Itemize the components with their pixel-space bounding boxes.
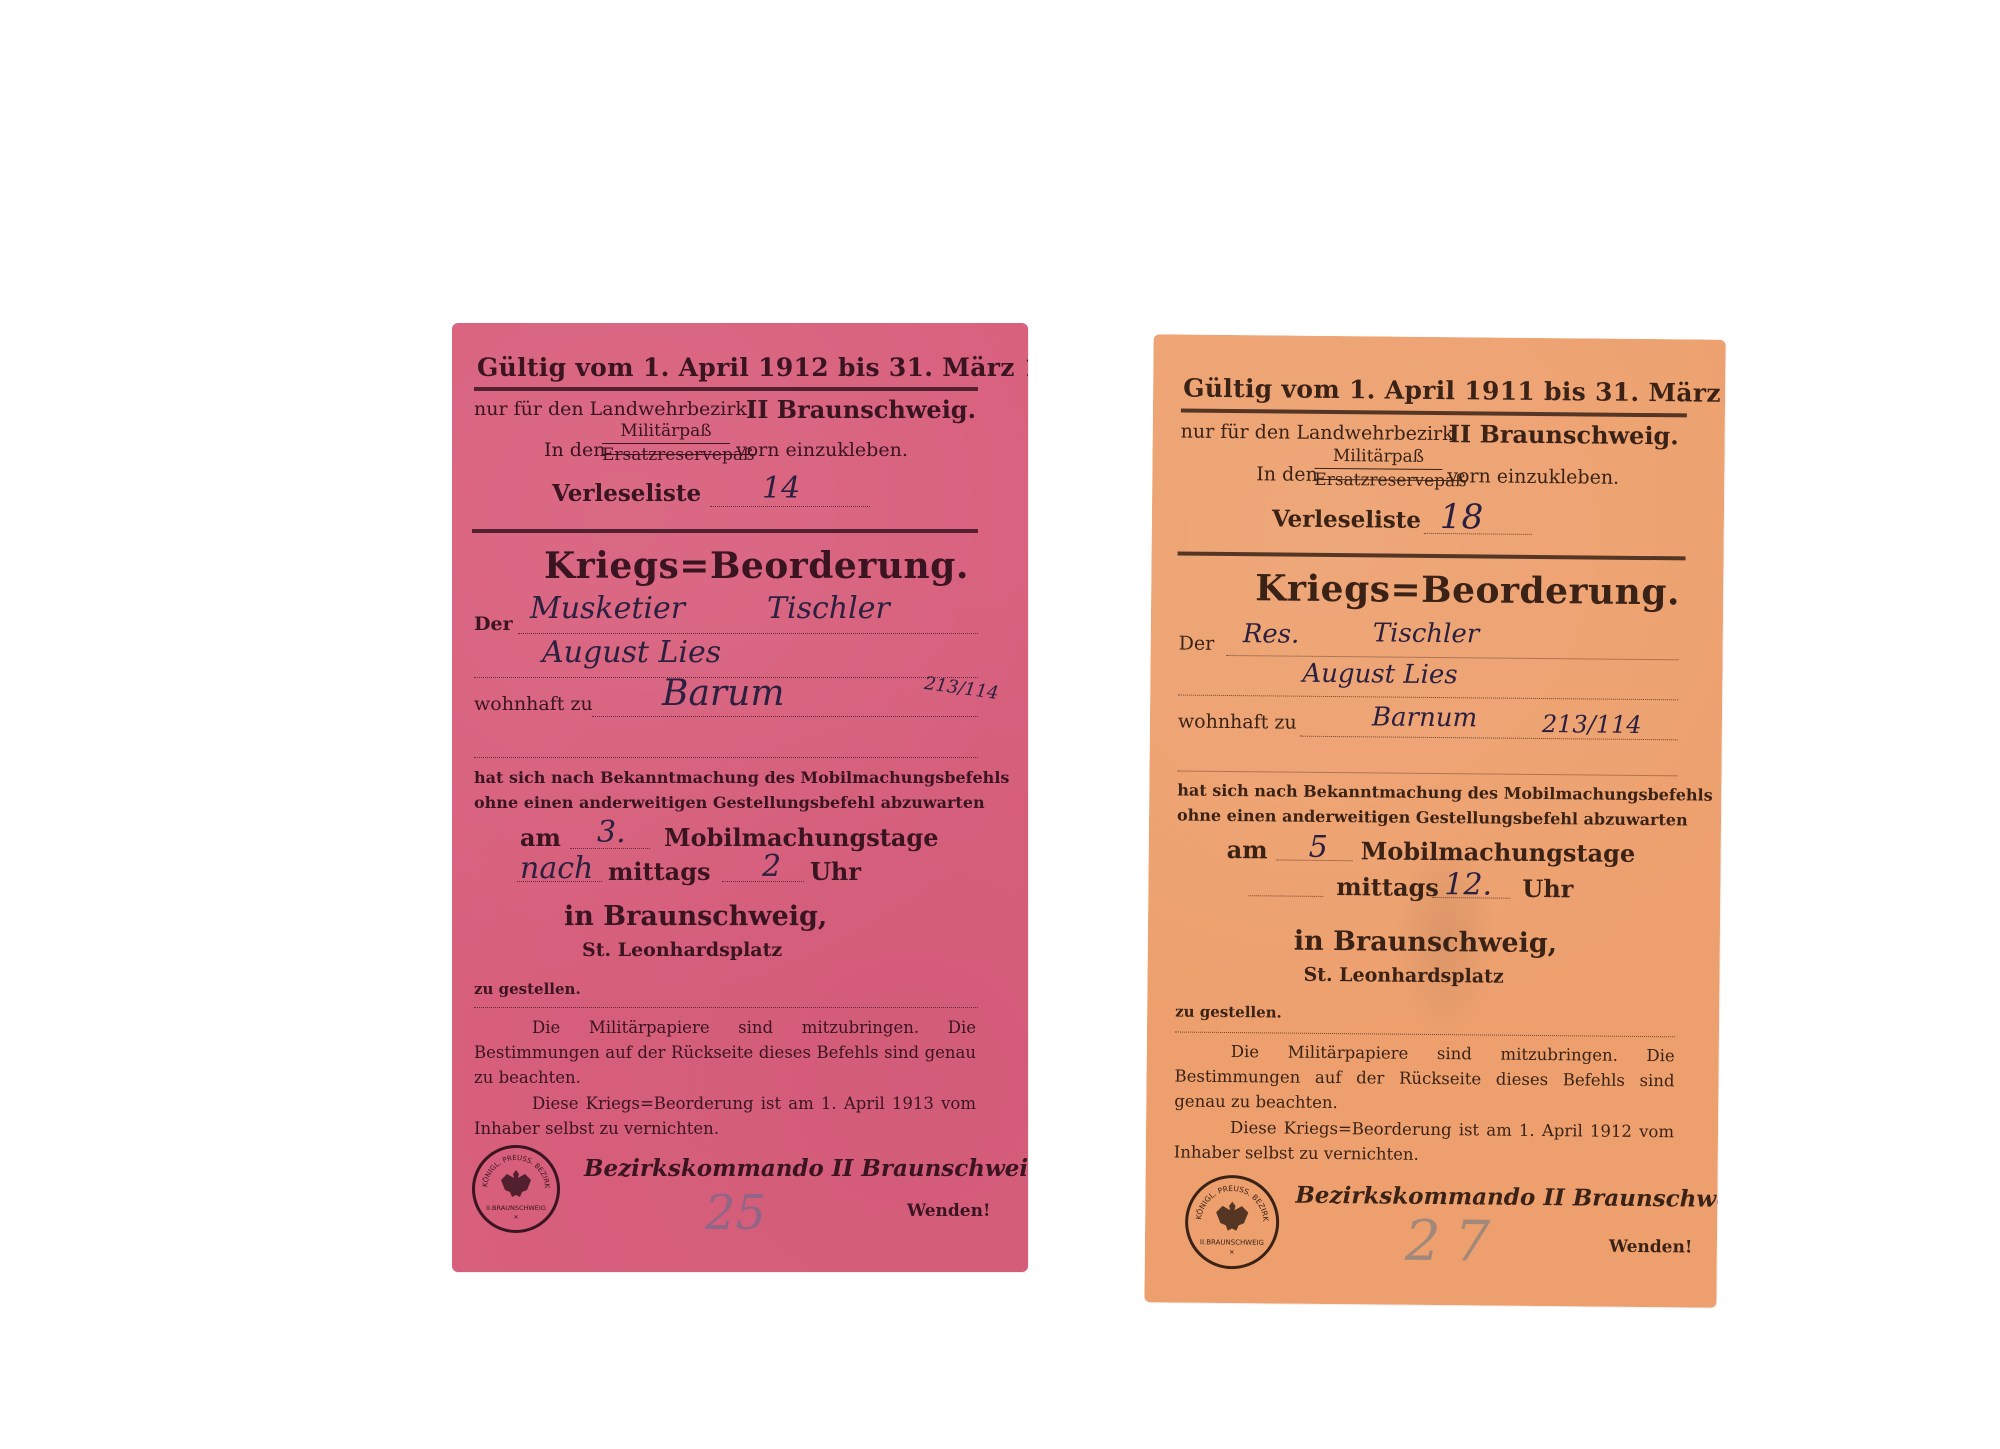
mobilization-day-handwritten: 3.: [597, 815, 626, 850]
pencil-number: 25: [705, 1185, 766, 1241]
svg-text:✕: ✕: [1229, 1248, 1234, 1256]
district-prefix: nur für den Landwehrbezirk: [1181, 421, 1454, 446]
hour-handwritten: 12.: [1444, 867, 1492, 902]
mobilization-day-handwritten: 5: [1309, 830, 1328, 865]
residence-number-handwritten: 213/114: [1542, 710, 1642, 739]
district-prefix: nur für den Landwehrbezirk: [474, 398, 747, 420]
validity-header: Gültig vom 1. April 1911 bis 31. März 19…: [1183, 374, 1726, 409]
residence-label: wohnhaft zu: [474, 693, 593, 715]
residence-handwritten: Barnum: [1372, 702, 1477, 733]
instruction-line-2: ohne einen anderweitigen Gestellungsbefe…: [474, 793, 985, 812]
blank-dotline: [474, 757, 978, 758]
pass-option-reserve-struck: Ersatzreservepaß: [602, 444, 730, 464]
prussian-eagle-seal-icon: KÖNIGL. PREUSS. BEZIRKS-KOMMANDO II.BRAU…: [1188, 1178, 1277, 1267]
rank-handwritten: Musketier: [530, 591, 685, 626]
validity-header: Gültig vom 1. April 1912 bis 31. März 19…: [477, 353, 1028, 382]
place-line-1: in Braunschweig,: [564, 901, 827, 932]
uhr-label: Uhr: [810, 857, 861, 886]
turn-over-label: Wenden!: [907, 1201, 990, 1221]
paste-prefix: In den: [544, 439, 605, 461]
roll-number-handwritten: 14: [762, 471, 800, 506]
svg-text:II.BRAUNSCHWEIG: II.BRAUNSCHWEIG: [1200, 1238, 1264, 1247]
rank-handwritten: Res.: [1243, 619, 1300, 650]
pass-type-fraction: Militärpaß Ersatzreservepaß: [602, 423, 730, 464]
notes-dotline: [1175, 1032, 1675, 1038]
rank-dotline: [518, 633, 978, 634]
note-destroy: Diese Kriegs=Beorderung ist am 1. April …: [474, 1091, 976, 1141]
issuer-signature: Bezirkskommando II Braunschweig.: [584, 1155, 1028, 1182]
paste-prefix: In den: [1256, 463, 1318, 486]
pass-type-fraction: Militärpaß Ersatzreservepaß: [1314, 448, 1442, 490]
mittags-label: mittags: [608, 857, 711, 886]
time-prefix-handwritten: nach: [520, 851, 593, 886]
name-handwritten: August Lies: [542, 635, 721, 670]
instruction-line-1: hat sich nach Bekanntmachung des Mobilma…: [1177, 781, 1713, 805]
war-order-card-1911: Gültig vom 1. April 1911 bis 31. März 19…: [1144, 334, 1725, 1307]
am-label: am: [1227, 835, 1268, 864]
occupation-handwritten: Tischler: [767, 591, 890, 626]
hour-handwritten: 2: [762, 849, 781, 884]
svg-text:✕: ✕: [513, 1214, 518, 1221]
district-name: II Braunschweig.: [1449, 419, 1679, 450]
blank-dotline: [1177, 771, 1677, 777]
der-label: Der: [474, 613, 513, 635]
place-line-1: in Braunschweig,: [1294, 926, 1558, 960]
order-heading: Kriegs=Beorderung.: [544, 545, 969, 587]
official-stamp: KÖNIGL. PREUSS. BEZIRKS-KOMMANDO II.BRAU…: [472, 1145, 560, 1233]
name-handwritten: August Lies: [1302, 659, 1458, 690]
header-rule: [474, 387, 978, 391]
report-label: zu gestellen.: [474, 980, 581, 998]
pass-option-military: Militärpaß: [602, 423, 730, 444]
roll-label: Verleseliste: [552, 480, 701, 507]
war-order-card-1912: Gültig vom 1. April 1912 bis 31. März 19…: [452, 323, 1028, 1272]
residence-handwritten: Barum: [662, 673, 784, 714]
section-rule: [1178, 552, 1686, 561]
note-papers: Die Militärpapiere sind mitzubringen. Di…: [474, 1015, 976, 1090]
residence-number-handwritten: 213/114: [923, 673, 1000, 704]
notes-dotline: [474, 1007, 978, 1008]
header-rule: [1181, 409, 1687, 418]
turn-over-label: Wenden!: [1609, 1237, 1693, 1258]
issuer-signature: Bezirkskommando II Braunschweig.: [1295, 1182, 1725, 1213]
prussian-eagle-seal-icon: KÖNIGL. PREUSS. BEZIRKS-KOMMANDO II.BRAU…: [475, 1148, 557, 1230]
roll-label: Verleseliste: [1272, 505, 1421, 533]
note-papers: Die Militärpapiere sind mitzubringen. Di…: [1174, 1039, 1675, 1119]
uhr-label: Uhr: [1522, 874, 1573, 903]
instruction-line-1: hat sich nach Bekanntmachung des Mobilma…: [474, 768, 1009, 787]
svg-text:II.BRAUNSCHWEIG: II.BRAUNSCHWEIG: [486, 1204, 546, 1212]
report-label: zu gestellen.: [1175, 1003, 1282, 1022]
mittags-label: mittags: [1336, 872, 1439, 902]
order-heading: Kriegs=Beorderung.: [1255, 567, 1680, 613]
place-line-2: St. Leonhardsplatz: [1303, 964, 1503, 988]
roll-number-handwritten: 18: [1440, 497, 1484, 537]
am-label: am: [520, 823, 561, 852]
residence-dotline: [592, 716, 978, 717]
instruction-line-2: ohne einen anderweitigen Gestellungsbefe…: [1177, 806, 1688, 830]
paste-suffix: vorn einzukleben.: [736, 439, 908, 461]
section-rule: [472, 529, 978, 533]
note-destroy: Diese Kriegs=Beorderung ist am 1. April …: [1174, 1115, 1674, 1170]
time-prefix-dotline: [1248, 895, 1323, 897]
district-name: II Braunschweig.: [746, 395, 976, 424]
pass-option-reserve-struck: Ersatzreservepaß: [1314, 469, 1442, 490]
roll-dotline: [710, 506, 870, 507]
mobilization-label: Mobilmachungstage: [1361, 836, 1636, 868]
residence-label: wohnhaft zu: [1178, 711, 1297, 734]
pencil-number: 27: [1405, 1209, 1505, 1275]
pass-option-military: Militärpaß: [1314, 448, 1442, 470]
official-stamp: KÖNIGL. PREUSS. BEZIRKS-KOMMANDO II.BRAU…: [1185, 1175, 1280, 1270]
der-label: Der: [1179, 633, 1215, 655]
name-dotline: [1178, 695, 1678, 701]
mobilization-label: Mobilmachungstage: [664, 823, 938, 852]
occupation-handwritten: Tischler: [1373, 618, 1480, 649]
paste-suffix: vorn einzukleben.: [1447, 465, 1619, 489]
place-line-2: St. Leonhardsplatz: [582, 939, 782, 961]
